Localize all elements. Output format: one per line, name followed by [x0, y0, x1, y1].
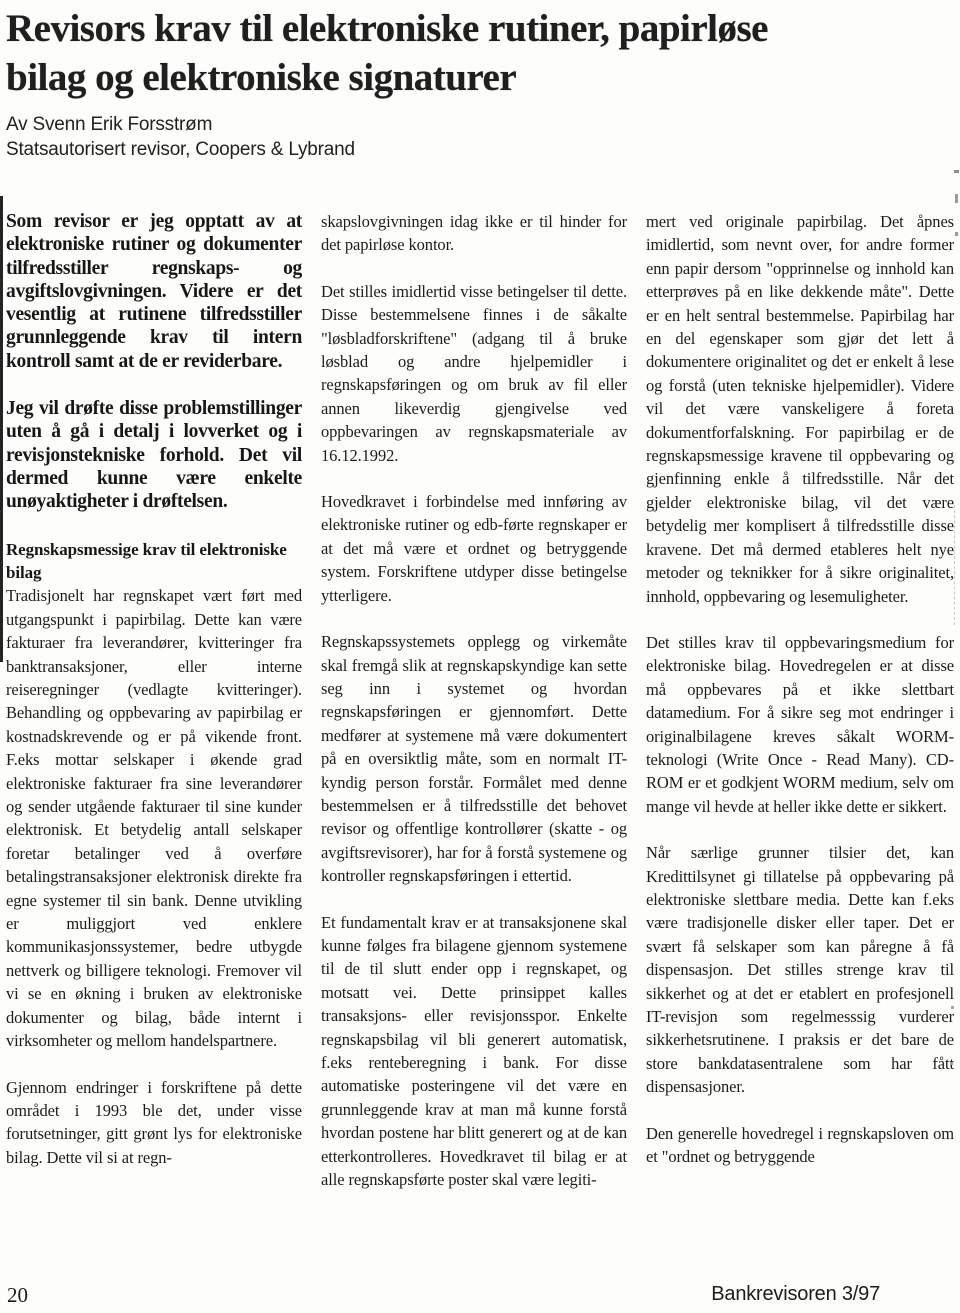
byline-author: Av Svenn Erik Forsstrøm [6, 112, 355, 137]
scan-artifact [954, 505, 955, 625]
article-title-line-1: Revisors krav til elektroniske rutiner, … [6, 4, 768, 53]
body-paragraph: Regnskapssystemets opplegg og virkemåte … [321, 630, 627, 887]
body-paragraph: Når særlige grunner tilsier det, kan Kre… [646, 841, 954, 1098]
lead-paragraph: Som revisor er jeg opptatt av at elektro… [6, 210, 302, 373]
column-3: mert ved originale papirbilag. Det åpnes… [646, 210, 954, 1276]
body-paragraph: Et fundamentalt krav er at transaksjonen… [321, 911, 627, 1192]
article-body: Som revisor er jeg opptatt av at elektro… [6, 210, 954, 1276]
journal-reference: Bankrevisoren 3/97 [711, 1283, 880, 1306]
body-paragraph: Det stilles krav til oppbevaringsmedium … [646, 631, 954, 818]
lead-paragraph: Jeg vil drøfte disse problemstillinger u… [6, 397, 302, 513]
body-paragraph: Den generelle hovedregel i regnskapslove… [646, 1122, 954, 1169]
scan-edge-artifact [0, 196, 3, 662]
scan-artifact [954, 170, 959, 173]
body-paragraph: Tradisjonelt har regnskapet vært ført me… [6, 584, 302, 1052]
body-paragraph: Hovedkravet i forbindelse med innføring … [321, 490, 627, 607]
page-number: 20 [7, 1283, 28, 1308]
lead-section: Som revisor er jeg opptatt av at elektro… [6, 210, 302, 514]
body-paragraph: Gjennom endringer i forskriftene på dett… [6, 1076, 302, 1170]
column-2: skapslovgivningen idag ikke er til hinde… [321, 210, 627, 1276]
byline-credentials: Statsautorisert revisor, Coopers & Lybra… [6, 137, 355, 162]
document-page: Revisors krav til elektroniske rutiner, … [0, 0, 960, 1313]
body-paragraph: mert ved originale papirbilag. Det åpnes… [646, 210, 954, 608]
body-paragraph: skapslovgivningen idag ikke er til hinde… [321, 210, 627, 257]
scan-artifact [955, 232, 958, 236]
byline: Av Svenn Erik Forsstrøm Statsautorisert … [6, 112, 355, 162]
scan-artifact [955, 194, 958, 203]
column-1: Som revisor er jeg opptatt av at elektro… [6, 210, 302, 1276]
section-heading: Regnskapsmessige krav til elektroniske b… [6, 538, 302, 585]
article-title-line-2: bilag og elektroniske signaturer [6, 53, 768, 102]
article-title: Revisors krav til elektroniske rutiner, … [6, 4, 768, 102]
body-paragraph: Det stilles imidlertid visse betingelser… [321, 280, 627, 467]
